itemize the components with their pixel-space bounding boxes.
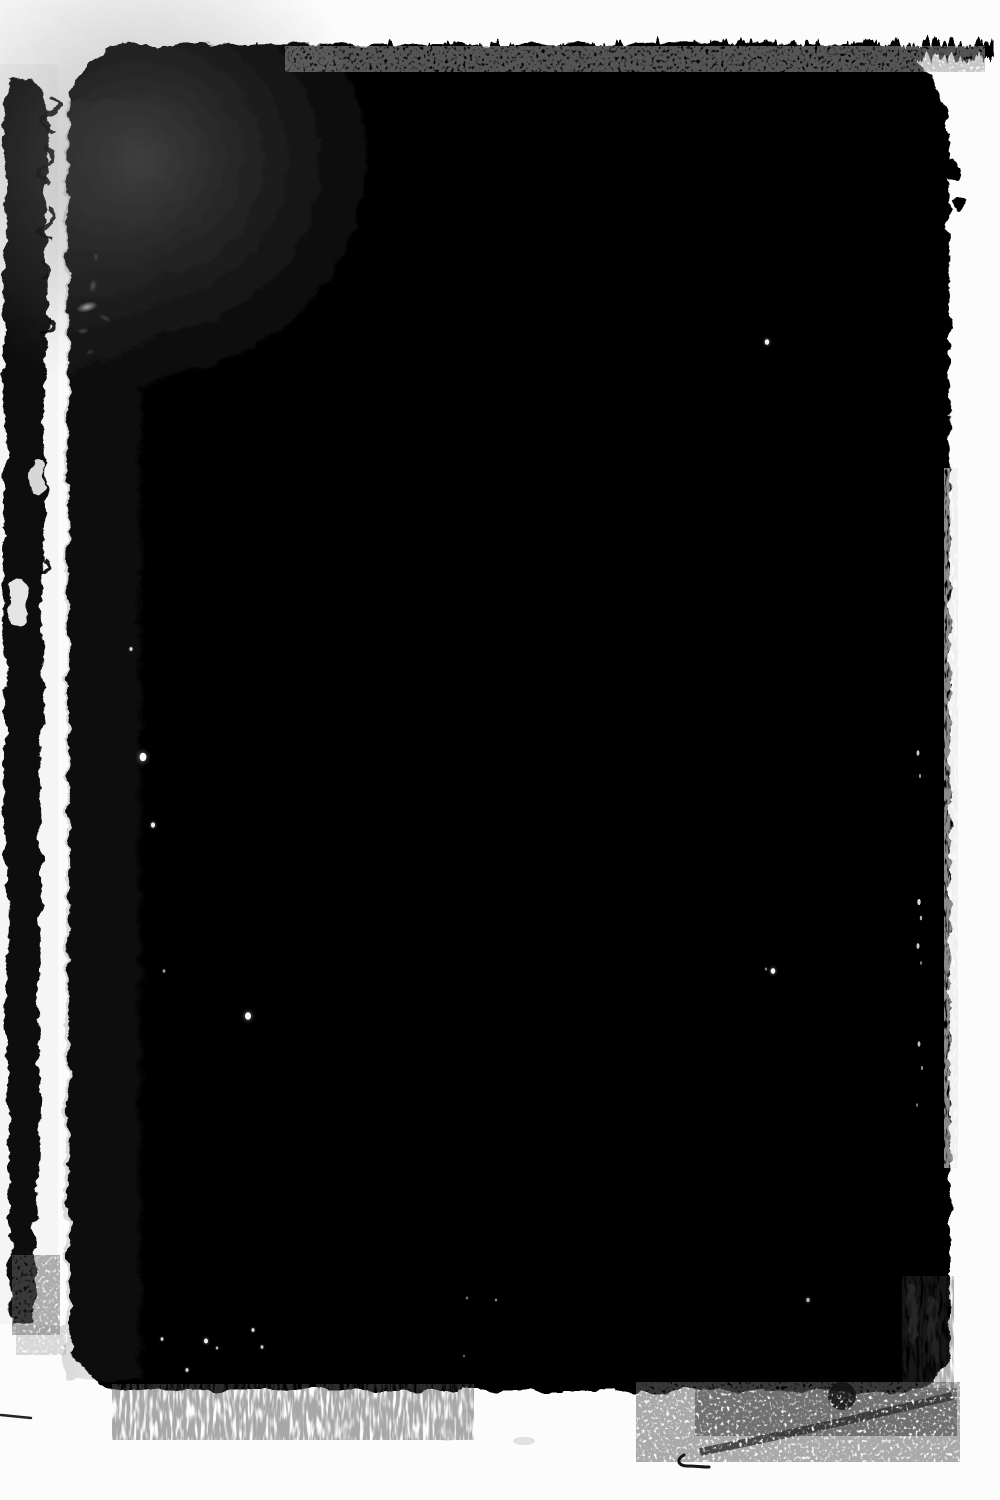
edge-fleck — [920, 916, 922, 921]
paper-stain — [438, 1433, 456, 1441]
edge-fleck — [916, 1103, 918, 1107]
edge-fleck — [919, 774, 921, 778]
bottom-dark-blob — [828, 1382, 856, 1410]
corner-blob — [928, 126, 948, 146]
star-speck — [204, 1339, 208, 1344]
photo-plate — [0, 0, 964, 1391]
stripe-white-notch — [31, 460, 45, 492]
paper-stain — [409, 1431, 419, 1437]
star-speck — [216, 1347, 218, 1350]
corner-blob — [906, 88, 930, 112]
drip-haze — [902, 1276, 954, 1388]
star-speck — [765, 339, 769, 345]
star-speck — [771, 968, 776, 974]
stripe-end-fade — [16, 1325, 66, 1355]
plate-smudge — [93, 252, 99, 262]
corner-blob — [943, 159, 961, 177]
bottom-left-fringe — [112, 1384, 474, 1440]
star-speck — [245, 1012, 251, 1020]
star-speck — [151, 822, 155, 827]
plate-top-mottle — [285, 46, 985, 72]
star-speck — [161, 1337, 164, 1341]
star-speck — [765, 968, 767, 971]
edge-fleck — [916, 943, 919, 949]
star-speck — [130, 647, 133, 651]
edge-fleck — [917, 899, 920, 905]
star-speck — [261, 1345, 264, 1349]
star-speck — [806, 1298, 809, 1302]
stripe-end-speckle — [12, 1255, 60, 1335]
stripe-white-notch — [8, 576, 28, 628]
paper-stain — [513, 1437, 535, 1445]
star-speck — [463, 1355, 465, 1358]
right-stitch-texture — [944, 468, 958, 1168]
star-speck — [140, 753, 147, 762]
photo-canvas — [0, 0, 1000, 1500]
scanned-photograph — [0, 0, 1000, 1500]
plate-left-sheen — [66, 100, 166, 1380]
star-speck — [466, 1297, 468, 1300]
edge-fleck — [917, 750, 920, 755]
star-speck — [163, 969, 166, 972]
corner-blob — [952, 199, 964, 211]
star-speck — [252, 1328, 255, 1332]
edge-fleck — [921, 1066, 923, 1070]
star-speck — [495, 1299, 497, 1302]
star-speck — [186, 1368, 189, 1372]
edge-fleck — [918, 1041, 921, 1046]
edge-fleck — [920, 961, 922, 965]
